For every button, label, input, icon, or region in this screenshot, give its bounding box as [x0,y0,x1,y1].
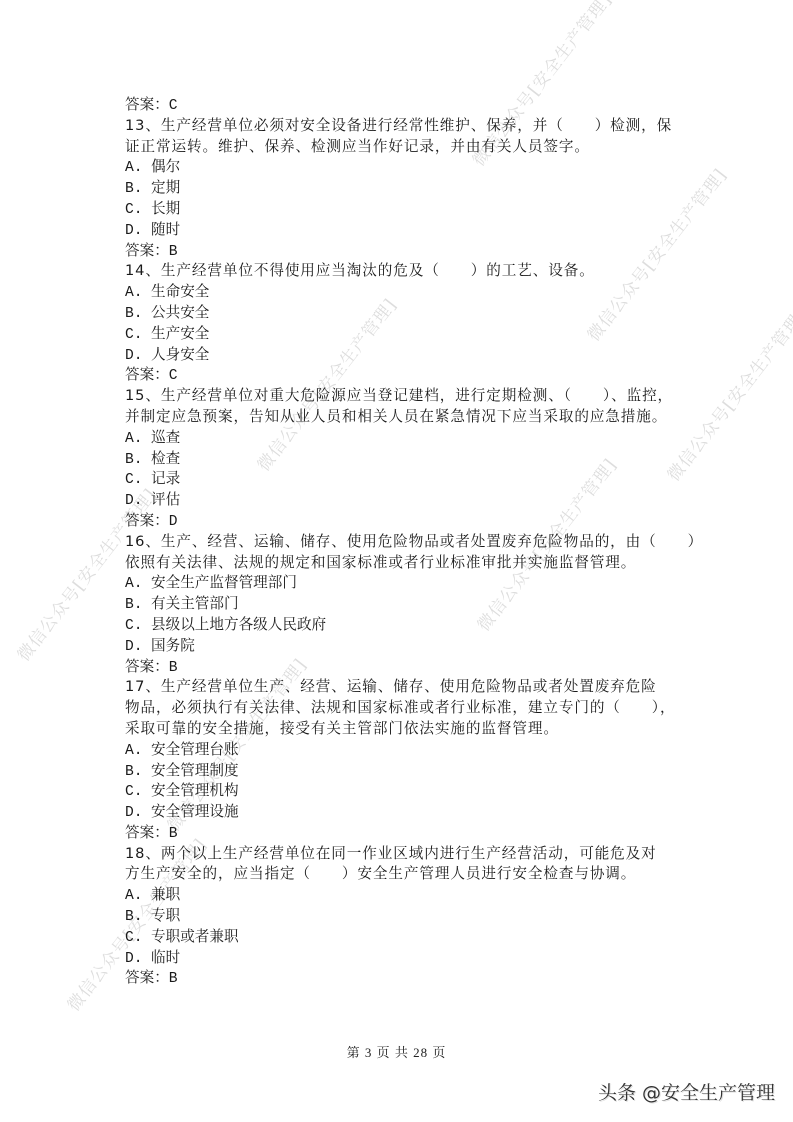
answer-line: 答案：B [125,657,685,678]
question-text: 证正常运转。维护、保养、检测应当作好记录，并由有关人员签字。 [125,137,685,158]
option-letter: B. [125,304,151,325]
answer-label: 答案： [125,366,169,383]
page-indicator: 第 3 页 共 28 页 [0,1042,793,1061]
option-a: A.兼职 [125,885,685,906]
option-letter: B. [125,762,151,783]
option-a: A.生命安全 [125,282,685,303]
answer-value: B [169,826,178,842]
option-d: D.临时 [125,948,685,969]
option-text: 检查 [151,450,180,467]
option-d: D.国务院 [125,636,685,657]
answer-line: 答案：B [125,968,685,989]
option-b: B.公共安全 [125,303,685,324]
option-a: A.巡查 [125,428,685,449]
question-18: 18、两个以上生产经营单位在同一作业区域内进行生产经营活动，可能危及对 方生产安… [125,844,685,990]
option-text: 临时 [151,949,180,966]
option-c: C.生产安全 [125,324,685,345]
question-17: 17、生产经营单位生产、经营、运输、储存、使用危险物品或者处置废弃危险 物品，必… [125,677,685,843]
option-letter: D. [125,637,151,658]
option-text: 公共安全 [151,304,209,321]
option-text: 长期 [151,200,180,217]
option-c: C.县级以上地方各级人民政府 [125,615,685,636]
option-c: C.记录 [125,469,685,490]
answer-line: 答案：D [125,511,685,532]
brand-watermark: 头条 @安全生产管理 [598,1078,775,1105]
option-letter: D. [125,949,151,970]
option-b: B.专职 [125,906,685,927]
answer-label: 答案： [125,242,169,259]
option-d: D.人身安全 [125,345,685,366]
question-text: 依照有关法律、法规的规定和国家标准或者行业标准审批并实施监督管理。 [125,553,685,574]
option-letter: A. [125,429,151,450]
option-letter: B. [125,179,151,200]
option-letter: A. [125,741,151,762]
option-text: 兼职 [151,886,180,903]
option-text: 生命安全 [151,283,209,300]
answer-label: 答案： [125,658,169,675]
answer-value: D [169,514,178,530]
answer-label: 答案： [125,512,169,529]
option-text: 安全管理制度 [151,762,239,779]
option-letter: A. [125,283,151,304]
answer-line: 答案：B [125,241,685,262]
question-14: 14、生产经营单位不得使用应当淘汰的危及（ ）的工艺、设备。 A.生命安全 B.… [125,261,685,386]
option-d: D.随时 [125,220,685,241]
answer-label: 答案： [125,969,169,986]
answer-value: B [169,971,178,987]
option-a: A.安全管理台账 [125,740,685,761]
question-text: 18、两个以上生产经营单位在同一作业区域内进行生产经营活动，可能危及对 [125,844,685,865]
document-page: 微信公众号[安全生产管理] 微信公众号[安全生产管理] 微信公众号[安全生产管理… [0,0,793,1122]
option-d: D.评估 [125,490,685,511]
answer-line: 答案：B [125,823,685,844]
option-text: 生产安全 [151,325,209,342]
option-text: 随时 [151,221,180,238]
question-text: 物品，必须执行有关法律、法规和国家标准或者行业标准，建立专门的（ ）， [125,698,685,719]
question-13: 13、生产经营单位必须对安全设备进行经常性维护、保养，并（ ）检测，保 证正常运… [125,116,685,262]
option-letter: C. [125,928,151,949]
option-text: 安全管理设施 [151,803,239,820]
option-c: C.安全管理机构 [125,781,685,802]
option-text: 巡查 [151,429,180,446]
option-text: 安全生产监督管理部门 [151,574,297,591]
option-letter: B. [125,907,151,928]
option-a: A.偶尔 [125,157,685,178]
option-text: 有关主管部门 [151,595,239,612]
question-15: 15、生产经营单位对重大危险源应当登记建档，进行定期检测、（ ）、监控， 并制定… [125,386,685,532]
question-16: 16、生产、经营、运输、储存、使用危险物品或者处置废弃危险物品的，由（ ） 依照… [125,532,685,678]
question-text: 采取可靠的安全措施，接受有关主管部门依法实施的监督管理。 [125,719,685,740]
option-letter: A. [125,886,151,907]
answer-value: B [169,244,178,260]
option-text: 国务院 [151,637,195,654]
option-b: B.定期 [125,178,685,199]
answer-label: 答案： [125,824,169,841]
option-text: 定期 [151,179,180,196]
answer-value: C [169,98,178,114]
option-b: B.有关主管部门 [125,594,685,615]
question-text: 方生产安全的，应当指定（ ）安全生产管理人员进行安全检查与协调。 [125,864,685,885]
option-text: 安全管理台账 [151,741,239,758]
option-letter: C. [125,782,151,803]
answer-value: C [169,368,178,384]
option-d: D.安全管理设施 [125,802,685,823]
answer-line: 答案：C [125,95,685,116]
option-letter: D. [125,803,151,824]
question-text: 13、生产经营单位必须对安全设备进行经常性维护、保养，并（ ）检测，保 [125,116,685,137]
question-list: 答案：C 13、生产经营单位必须对安全设备进行经常性维护、保养，并（ ）检测，保… [125,95,685,989]
option-text: 专职 [151,907,180,924]
option-letter: D. [125,491,151,512]
option-letter: C. [125,470,151,491]
answer-line: 答案：C [125,365,685,386]
option-c: C.长期 [125,199,685,220]
question-text: 16、生产、经营、运输、储存、使用危险物品或者处置废弃危险物品的，由（ ） [125,532,685,553]
option-c: C.专职或者兼职 [125,927,685,948]
option-text: 县级以上地方各级人民政府 [151,616,326,633]
option-letter: D. [125,221,151,242]
option-text: 评估 [151,491,180,508]
answer-label: 答案： [125,96,169,113]
option-a: A.安全生产监督管理部门 [125,573,685,594]
option-letter: C. [125,200,151,221]
option-b: B.检查 [125,449,685,470]
option-letter: C. [125,616,151,637]
option-text: 人身安全 [151,346,209,363]
option-text: 专职或者兼职 [151,928,239,945]
option-letter: B. [125,450,151,471]
option-text: 安全管理机构 [151,782,239,799]
option-b: B.安全管理制度 [125,761,685,782]
option-letter: A. [125,158,151,179]
question-text: 并制定应急预案，告知从业人员和相关人员在紧急情况下应当采取的应急措施。 [125,407,685,428]
question-text: 14、生产经营单位不得使用应当淘汰的危及（ ）的工艺、设备。 [125,261,685,282]
option-letter: D. [125,346,151,367]
question-text: 15、生产经营单位对重大危险源应当登记建档，进行定期检测、（ ）、监控， [125,386,685,407]
option-letter: B. [125,595,151,616]
option-letter: A. [125,574,151,595]
option-text: 偶尔 [151,158,180,175]
question-text: 17、生产经营单位生产、经营、运输、储存、使用危险物品或者处置废弃危险 [125,677,685,698]
option-letter: C. [125,325,151,346]
option-text: 记录 [151,470,180,487]
answer-value: B [169,660,178,676]
